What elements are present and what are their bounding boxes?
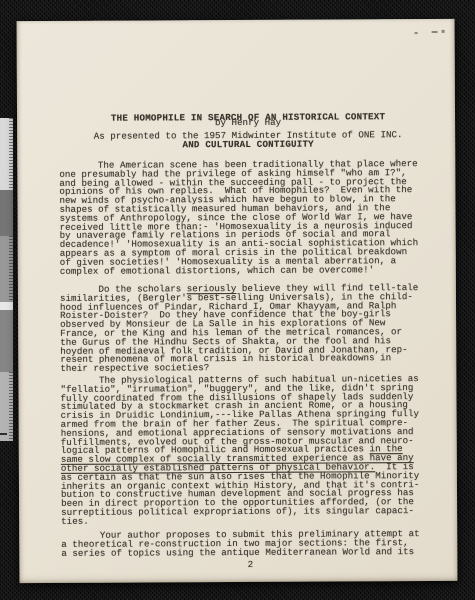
ruler-segment-light-ticks [0, 118, 13, 190]
text-segment: surreptitious political expropriations o… [61, 505, 414, 518]
ruler-segment-midgray-ticks [0, 236, 13, 302]
text-segment: ties. [61, 516, 89, 527]
ruler-segment-gray2 [0, 310, 13, 372]
ruler-segment-white-band [0, 302, 13, 310]
paragraph-3: The physiological patterns of such habit… [60, 375, 439, 527]
text-line: complex of emotional distortions, which … [60, 266, 438, 277]
text-segment: their respective societies? [60, 362, 209, 374]
text-segment: complex of emotional distortions, which … [60, 264, 374, 277]
typescript-page: THE HOMOPHILE IN SEARCH OF AN HISTORICAL… [17, 19, 458, 583]
paragraph-1: The American scene has been traditionall… [59, 160, 438, 276]
pencil-mark [432, 31, 438, 33]
paragraph-4: Your author proposes to submit this prel… [61, 530, 439, 558]
page-number: 2 [61, 560, 439, 571]
text-line: surreptitious political expropriations o… [61, 507, 439, 518]
ruler-segment-light2-ticks [0, 372, 13, 441]
text-line: a series of topics using the antique Med… [61, 548, 439, 559]
ruler-segment-gray [0, 190, 13, 236]
pencil-mark [442, 30, 445, 33]
ruler-dark-mark [0, 433, 7, 435]
paragraph-2: Do the scholars seriously believe they w… [60, 284, 438, 374]
grayscale-calibration-ruler [0, 118, 13, 441]
presentation-line: As presented to the 1957 Midwinter Insti… [59, 131, 437, 142]
text-segment: a series of topics using the antique Med… [61, 546, 414, 559]
pencil-mark [415, 32, 418, 34]
